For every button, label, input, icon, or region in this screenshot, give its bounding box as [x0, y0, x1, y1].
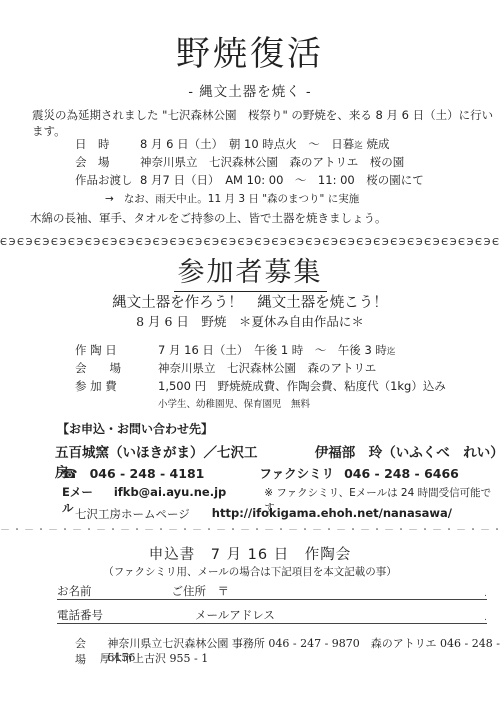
phone-fax-row: ☎ 046 - 248 - 4181 ファクシミリ 046 - 248 - 64… [0, 464, 500, 482]
event-row-pickup: 作品お渡し 8 月7 日（日） AM 10: 00 ～ 11: 00 桜の園にて [0, 172, 500, 190]
recruit-value: 1,500 円 野焼焼成費、作陶会費、粘度代（1kg）込み [158, 378, 500, 396]
fax-number: 046 - 248 - 6466 [344, 466, 459, 481]
homepage-url: http://ifokigama.ehoh.net/nanasawa/ [212, 506, 452, 522]
line-end-dot: . [484, 613, 487, 623]
arrow-icon: → [105, 193, 114, 205]
recruit-label: 会 場 [75, 360, 158, 378]
event-value: 8 月 6 日（土） 朝 10 時点火 ～ 日暮迄 焼成 [140, 136, 500, 154]
recruit-value: 神奈川県立 七沢森林公園 森のアトリエ [158, 360, 500, 378]
homepage-label: 七沢工房ホームページ [75, 506, 190, 522]
recruit-date-note: 8 月 6 日 野焼 ＊夏休み自由作品に＊ [0, 312, 500, 330]
recruit-heading: 参加者募集 [0, 250, 500, 292]
phone-number: 046 - 248 - 4181 [90, 466, 205, 481]
event-value: 8 月7 日（日） AM 10: 00 ～ 11: 00 桜の園にて [140, 172, 500, 190]
decorative-divider: ЄЭЄЭЄЭЄЭЄЭЄЭЄЭЄЭЄЭЄЭЄЭЄЭЄЭЄЭЄЭЄЭЄЭЄЭЄЭЄЭ… [0, 237, 500, 248]
footer-address-line: 厚木市上古沢 955 - 1 [0, 650, 500, 666]
name-field-label: お名前 [57, 583, 92, 599]
application-form-heading: 申込書 7 月 16 日 作陶会 [0, 543, 500, 564]
form-row-phone-email: 電話番号 メールアドレス . [57, 606, 487, 624]
recruit-value: 7 月 16 日（土） 午後 1 時 ～ 午後 3 時迄 [158, 342, 500, 360]
fax-label: ファクシミリ [259, 464, 334, 482]
recruit-slogan: 縄文土器を作ろう！ 縄文土器を焼こう！ [0, 291, 500, 312]
phone-icon: ☎ [62, 466, 78, 481]
recruit-row-venue: 会 場 神奈川県立 七沢森林公園 森のアトリエ [0, 360, 500, 378]
event-row-venue: 会 場 神奈川県立 七沢森林公園 森のアトリエ 桜の園 [0, 154, 500, 172]
event-label: 日 時 [75, 136, 140, 154]
address-field-label: ご住所 〒 [172, 583, 230, 599]
recruit-row-date: 作 陶 日 7 月 16 日（土） 午後 1 時 ～ 午後 3 時迄 [0, 342, 500, 360]
recruit-row-fee: 参 加 費 1,500 円 野焼焼成費、作陶会費、粘度代（1kg）込み [0, 378, 500, 396]
event-value: 神奈川県立 七沢森林公園 森のアトリエ 桜の園 [140, 154, 500, 172]
event-label: 会 場 [75, 154, 140, 172]
bring-items-text: 木綿の長袖、軍手、タオルをご持参の上、皆で土器を焼きましょう。 [0, 210, 500, 226]
email-field-label: メールアドレス [195, 607, 275, 623]
contact-heading: 【お申込・お問い合わせ先】 [0, 420, 500, 437]
rain-cancellation-note: →なお、雨天中止。11 月 3 日 "森のまつり" に実施 [0, 191, 500, 206]
application-form-note: （ファクシミリ用、メールの場合は下記項目を本文記載の事） [0, 564, 500, 579]
recruit-label: 作 陶 日 [75, 342, 158, 360]
line-end-dot: . [484, 589, 487, 599]
email-address: ifkb@ai.ayu.ne.jp [114, 485, 226, 499]
event-label: 作品お渡し [75, 172, 140, 190]
page-title: 野焼復活 [0, 26, 500, 75]
intro-text: 震災の為延期されました "七沢森林公園 桜祭り" の野焼を、来る 8 月 6 日… [0, 107, 500, 139]
cutoff-divider: －・－・－・－・－・－・－・－・－・－・－・－・－・－・－・－・－・－・－・－・… [0, 521, 500, 536]
homepage-row: 七沢工房ホームページ http://ifokigama.ehoh.net/nan… [0, 506, 500, 522]
event-row-datetime: 日 時 8 月 6 日（土） 朝 10 時点火 ～ 日暮迄 焼成 [0, 136, 500, 154]
page-subtitle: - 縄文土器を焼く - [0, 80, 500, 100]
flyer-page: 野焼復活 - 縄文土器を焼く - 震災の為延期されました "七沢森林公園 桜祭り… [0, 0, 500, 707]
form-row-name-address: お名前 ご住所 〒 . [57, 582, 487, 600]
free-admission-note: 小学生、幼稚園児、保育園児 無料 [0, 396, 500, 410]
recruit-label: 参 加 費 [75, 378, 158, 396]
phone-field-label: 電話番号 [57, 607, 103, 623]
